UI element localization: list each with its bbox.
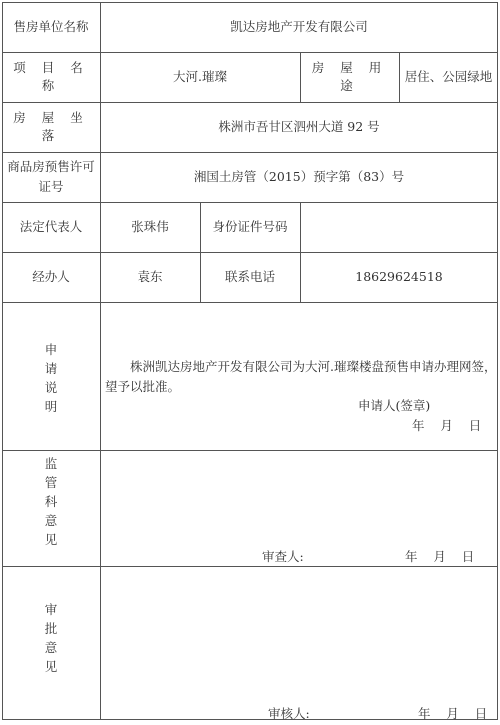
usage-value[interactable]: 居住、公园绿地 bbox=[399, 52, 498, 102]
application-date: 年 月 日 bbox=[412, 416, 481, 434]
location-value[interactable]: 株洲市吾甘区泗州大道 92 号 bbox=[100, 102, 498, 152]
project-label: 项 目 名 称 bbox=[2, 52, 100, 102]
usage-label-text: 房 屋 用 途 bbox=[300, 59, 399, 95]
application-label-char: 说 bbox=[45, 378, 58, 397]
id-number-label: 身份证件号码 bbox=[200, 202, 300, 252]
permit-label: 商品房预售许可 证号 bbox=[2, 152, 100, 202]
id-number-label-text: 身份证件号码 bbox=[212, 218, 287, 236]
approval-label-char: 批 bbox=[45, 619, 58, 638]
supervision-label-char: 管 bbox=[45, 473, 58, 492]
permit-label-line2: 证号 bbox=[38, 177, 63, 197]
project-value-text: 大河.璀璨 bbox=[173, 68, 227, 86]
project-value[interactable]: 大河.璀璨 bbox=[100, 52, 300, 102]
phone-label: 联系电话 bbox=[200, 252, 300, 302]
phone-value[interactable]: 18629624518 bbox=[300, 252, 498, 302]
supervision-content[interactable]: 审查人: 年 月 日 bbox=[100, 450, 498, 566]
usage-value-text: 居住、公园绿地 bbox=[405, 68, 493, 86]
location-label: 房 屋 坐 落 bbox=[2, 102, 100, 152]
approval-label-char: 见 bbox=[45, 657, 58, 676]
application-label-char: 请 bbox=[45, 359, 58, 378]
application-label-char: 明 bbox=[45, 397, 58, 416]
application-content[interactable]: 株洲凯达房地产开发有限公司为大河.璀璨楼盘预售申请办理网签， 望予以批准。 申请… bbox=[100, 302, 498, 450]
approval-date: 年 月 日 bbox=[418, 704, 487, 722]
application-text-line2: 望予以批准。 bbox=[105, 377, 180, 397]
seller-value[interactable]: 凯达房地产开发有限公司 bbox=[100, 2, 498, 52]
supervision-label-char: 监 bbox=[45, 454, 58, 473]
seller-value-text: 凯达房地产开发有限公司 bbox=[230, 18, 368, 36]
approval-label-char: 意 bbox=[45, 638, 58, 657]
legal-rep-label: 法定代表人 bbox=[2, 202, 100, 252]
agent-label: 经办人 bbox=[2, 252, 100, 302]
seller-label-text: 售房单位名称 bbox=[13, 18, 88, 36]
phone-label-text: 联系电话 bbox=[225, 268, 275, 286]
permit-label-line1: 商品房预售许可 bbox=[7, 157, 95, 177]
supervision-label-char: 意 bbox=[45, 511, 58, 530]
approver-label: 审核人: bbox=[268, 704, 310, 722]
supervision-date: 年 月 日 bbox=[405, 547, 474, 565]
location-value-text: 株洲市吾甘区泗州大道 92 号 bbox=[218, 118, 379, 136]
supervision-label-char: 科 bbox=[45, 492, 58, 511]
supervision-label: 监 管 科 意 见 bbox=[2, 450, 100, 566]
phone-value-text: 18629624518 bbox=[355, 268, 442, 286]
supervision-label-char: 见 bbox=[45, 530, 58, 549]
agent-value[interactable]: 袁东 bbox=[100, 252, 200, 302]
legal-rep-value-text: 张珠伟 bbox=[131, 218, 169, 236]
id-number-value[interactable] bbox=[300, 202, 498, 252]
seller-label: 售房单位名称 bbox=[2, 2, 100, 52]
application-label: 申 请 说 明 bbox=[2, 302, 100, 450]
location-label-text: 房 屋 坐 落 bbox=[2, 109, 100, 145]
legal-rep-label-text: 法定代表人 bbox=[20, 218, 83, 236]
approval-content[interactable]: 审核人: 年 月 日 bbox=[100, 566, 498, 720]
agent-value-text: 袁东 bbox=[137, 268, 162, 286]
project-label-text: 项 目 名 称 bbox=[2, 59, 100, 95]
permit-value[interactable]: 湘国土房管（2015）预字第（83）号 bbox=[100, 152, 498, 202]
applicant-signature-label: 申请人(签章) bbox=[358, 396, 430, 414]
approval-label-char: 审 bbox=[45, 600, 58, 619]
usage-label: 房 屋 用 途 bbox=[300, 52, 399, 102]
permit-value-text: 湘国土房管（2015）预字第（83）号 bbox=[194, 168, 404, 186]
application-label-char: 申 bbox=[45, 340, 58, 359]
approval-label: 审 批 意 见 bbox=[2, 566, 100, 720]
application-text-line1: 株洲凯达房地产开发有限公司为大河.璀璨楼盘预售申请办理网签， bbox=[130, 357, 496, 377]
reviewer-label: 审查人: bbox=[262, 547, 304, 565]
agent-label-text: 经办人 bbox=[32, 268, 70, 286]
legal-rep-value[interactable]: 张珠伟 bbox=[100, 202, 200, 252]
